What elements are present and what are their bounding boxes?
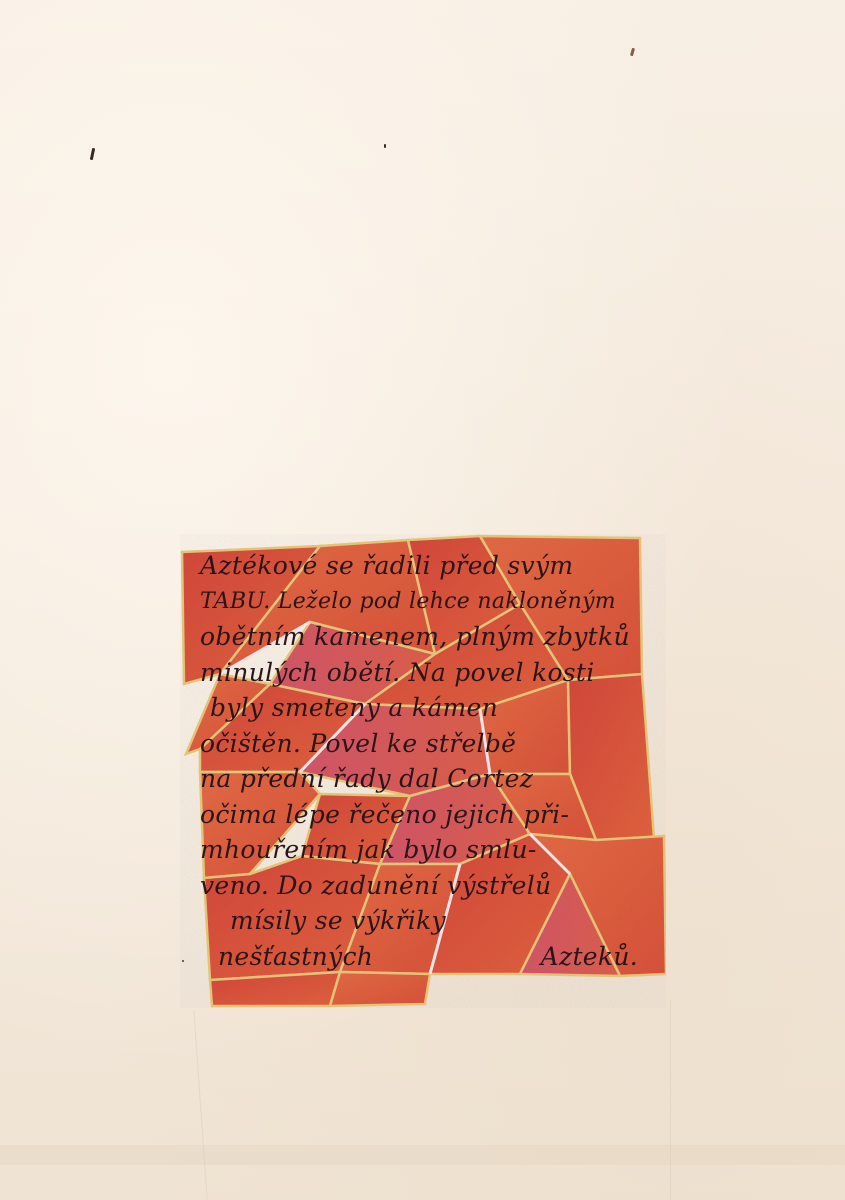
- poem-line: veno. Do zadunění výstřelů: [200, 868, 650, 904]
- poem-line: očima lépe řečeno jejich při-: [200, 797, 650, 833]
- poem-last-line: nešťastných Azteků.: [200, 939, 638, 975]
- poem-line: TABU. Leželo pod lehce nakloněným: [200, 584, 650, 620]
- poem-line: mhouřením jak bylo smlu-: [200, 832, 650, 868]
- paper-crease: [670, 1000, 671, 1200]
- poem-line: minulých obětí. Na povel kosti: [200, 655, 650, 691]
- poem-line: na přední řady dal Cortez: [200, 761, 650, 797]
- poem-line: obětním kamenem, plným zbytků: [200, 619, 650, 655]
- handwritten-poem: Aztékové se řadili před svým TABU. Ležel…: [200, 548, 650, 974]
- ink-speck: [384, 144, 386, 148]
- poem-line: očištěn. Povel ke střelbě: [200, 726, 650, 762]
- poem-line: nešťastných: [218, 939, 373, 975]
- poem-line: mísily se výkřiky: [200, 903, 650, 939]
- poem-signoff: Azteků.: [541, 939, 638, 975]
- poem-line: byly smeteny a kámen: [200, 690, 650, 726]
- paper-crease: [0, 1145, 845, 1165]
- poem-line: Aztékové se řadili před svým: [200, 548, 650, 584]
